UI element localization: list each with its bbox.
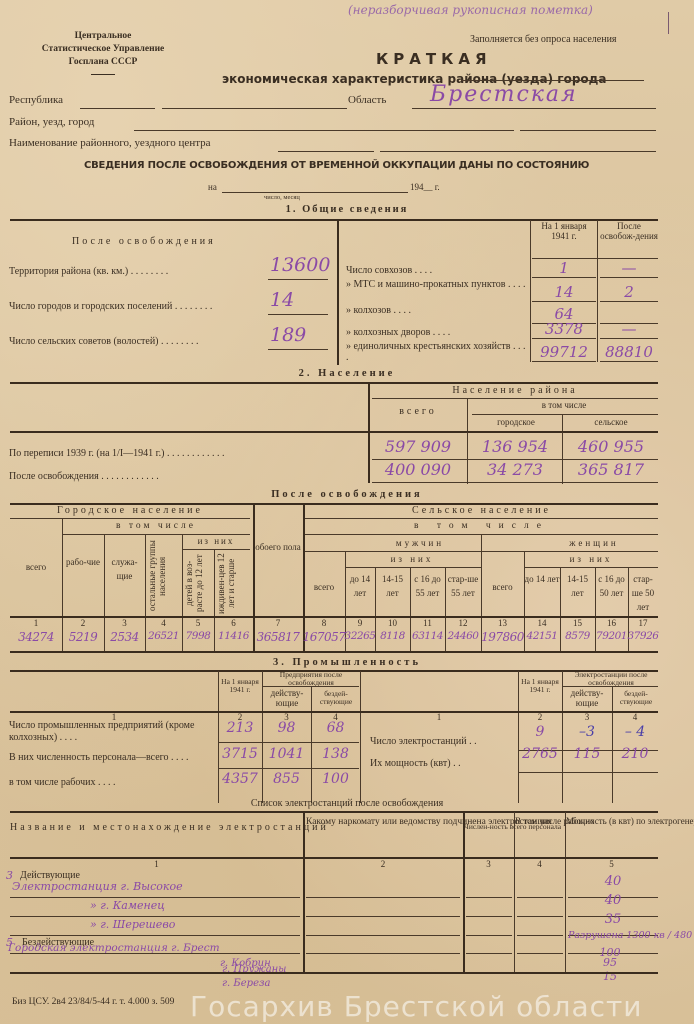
- column-header: с 16 до 55 лет: [410, 572, 445, 600]
- stations-idle: – 4: [612, 724, 658, 740]
- value-1941: 1: [532, 259, 596, 277]
- women-heading: женщин: [530, 538, 658, 548]
- s3-right-col-1941: На 1 января 1941 г.: [519, 678, 561, 694]
- s3-right-group: Электростанции после освобождения: [563, 671, 659, 687]
- divider: [91, 74, 115, 75]
- row-rule: [306, 916, 460, 917]
- column-header: 14-15 лет: [375, 572, 410, 600]
- column-number: 3: [104, 618, 145, 628]
- fill-note: Заполняется без опроса населения: [470, 34, 617, 45]
- general-row-label: Число городов и городских поселений . . …: [9, 301, 212, 312]
- after-rule: [182, 549, 250, 550]
- population-rural: 365 817: [564, 460, 658, 479]
- stations-divider: [514, 812, 515, 972]
- enterprises-1941: 213: [218, 720, 262, 736]
- population-breakdown-value: 26521: [143, 630, 184, 642]
- column-header: всего: [10, 560, 62, 574]
- column-header: всего: [481, 580, 524, 594]
- after-rule: [345, 567, 481, 568]
- population-breakdown-value: 5219: [60, 630, 106, 644]
- population-breakdown-value: 7998: [180, 630, 216, 642]
- row-rule: [306, 935, 460, 936]
- column-number: 14: [524, 618, 560, 628]
- column-number: 17: [628, 618, 658, 628]
- column-number: 1: [10, 618, 62, 628]
- date-field-line: [222, 192, 408, 193]
- column-header: до 14 лет: [345, 572, 375, 600]
- row-rule: [517, 953, 563, 954]
- power-station-row-label: Их мощность (квт) . .: [370, 758, 461, 769]
- date-year: 194__ г.: [410, 182, 440, 192]
- stations-divider: [303, 812, 305, 972]
- col-1941: На 1 января 1941 г.: [532, 221, 596, 241]
- stations-1941: 9: [518, 724, 562, 740]
- center-field-line-2: [380, 151, 656, 152]
- s3-rule: [263, 686, 359, 687]
- value-after-liberation: —: [600, 259, 658, 277]
- form-title: КРАТКАЯ: [376, 50, 492, 68]
- general-row-label: Число сельских советов (волостей) . . . …: [9, 336, 199, 347]
- section2-col-divider: [467, 399, 468, 431]
- column-number: 9: [345, 618, 375, 628]
- stations-col1: Название и местонахождение электростанци…: [10, 818, 300, 838]
- issuing-organization: Центральное Статистическое Управление Го…: [28, 30, 178, 75]
- value-1941: 3378: [532, 320, 596, 338]
- column-number: 2: [303, 859, 463, 869]
- column-number: 1: [10, 859, 303, 869]
- column-header: всего: [303, 580, 345, 594]
- rural-including: в том числе: [305, 521, 658, 531]
- s3-right-col-idle: бездей-ствующие: [613, 690, 659, 706]
- column-number: 3: [562, 712, 612, 722]
- occupation-note: СВЕДЕНИЯ ПОСЛЕ ОСВОБОЖДЕНИЯ ОТ ВРЕМЕННОЙ…: [84, 160, 589, 171]
- rayon-label: Район, уезд, город: [9, 116, 94, 128]
- row-rule: [466, 897, 512, 898]
- population-total: 400 090: [370, 460, 466, 479]
- column-number: 10: [375, 618, 410, 628]
- men-heading: мужчин: [360, 538, 480, 548]
- cell-rule: [600, 277, 658, 278]
- section2-rule: [472, 414, 658, 415]
- population-breakdown-value: 63114: [408, 630, 447, 642]
- urban-heading: Городское население: [10, 505, 250, 516]
- row-rule: [517, 935, 563, 936]
- general-row-value: 13600: [270, 254, 330, 276]
- cell-rule: [519, 772, 658, 773]
- column-number: 5: [182, 618, 214, 628]
- column-number: 3: [463, 859, 514, 869]
- cell-rule: [532, 277, 596, 278]
- station-power: 40: [568, 874, 658, 889]
- column-number: 4: [514, 859, 565, 869]
- row-rule: [466, 916, 512, 917]
- stations-top-rule: [10, 811, 658, 813]
- stations-col2: Какому наркомату или ведомству подчинена…: [306, 816, 462, 828]
- farm-row-label: » колхозов . . . .: [346, 305, 528, 316]
- column-header: обоего пола: [253, 540, 303, 554]
- population-row-label: По переписи 1939 г. (на 1/I—1941 г.) . .…: [9, 448, 224, 459]
- station-power: 95: [580, 956, 640, 969]
- section2-col-divider: [562, 415, 563, 431]
- section1-divider: [337, 220, 339, 365]
- value-1941: 99712: [532, 343, 596, 361]
- column-header: служа-щие: [104, 555, 145, 583]
- population-breakdown-value: 2534: [102, 630, 147, 644]
- pen-mark: [668, 12, 669, 34]
- stations-divider: [463, 812, 465, 972]
- org-line-2: Статистическое Управление: [28, 43, 178, 56]
- population-breakdown-value: 37926: [626, 630, 660, 642]
- row-rule: [306, 953, 460, 954]
- column-header: рабо-чие: [62, 555, 104, 569]
- population-row-label: После освобождения . . . . . . . . . . .…: [9, 471, 159, 482]
- enterprises-1941: 3715: [218, 746, 262, 762]
- general-row-label: Территория района (кв. км.) . . . . . . …: [9, 266, 168, 277]
- column-number: 11: [410, 618, 445, 628]
- value-underline: [268, 314, 328, 315]
- population-breakdown-value: 32265: [343, 630, 377, 642]
- enterprises-active: 98: [262, 720, 311, 736]
- general-row-value: 14: [270, 289, 294, 311]
- after-rule: [10, 518, 250, 519]
- industry-row-label: в том числе рабочих . . . .: [9, 777, 217, 789]
- population-breakdown-value: 34274: [8, 630, 64, 644]
- enterprises-idle: 100: [311, 771, 360, 787]
- row-rule: [466, 935, 512, 936]
- station-name: » г. Шерешево: [90, 918, 175, 931]
- stations-bottom-rule: [10, 972, 658, 974]
- oblast-field-line: [412, 108, 656, 109]
- section2-rule: [372, 398, 658, 399]
- population-breakdown-value: 197860: [479, 630, 526, 644]
- column-header: стар-ше 50 лет: [628, 572, 658, 614]
- column-number: 12: [445, 618, 481, 628]
- population-urban: 136 954: [468, 437, 562, 456]
- stations-title: Список электростанций после освобождения: [0, 798, 694, 809]
- stations-1941: 2765: [518, 746, 562, 762]
- stations-col5: Мощность (в квт) по электрогенераторам: [566, 816, 658, 827]
- men-of-them: из них: [345, 554, 479, 564]
- farm-row-label: » МТС и машино-прокатных пунктов . . . .: [346, 279, 528, 290]
- row-rule: [517, 897, 563, 898]
- station-power: 40: [568, 893, 658, 908]
- row-rule: [306, 897, 460, 898]
- enterprises-idle: 68: [311, 720, 360, 736]
- republic-field-line-2: [162, 108, 347, 109]
- cell-rule: [532, 301, 596, 302]
- date-prefix: на: [208, 182, 217, 192]
- industry-row-label: Число промышленных предприятий (кроме ко…: [9, 720, 217, 744]
- industry-row-label: В них численность персонала—всего . . . …: [9, 752, 217, 764]
- stations-col3: Числен-ность всего персонала: [464, 822, 514, 832]
- section1-col-divider: [530, 220, 531, 362]
- after-bottom-rule: [10, 651, 658, 653]
- population-rural: 460 955: [564, 437, 658, 456]
- farm-row-label: Число совхозов . . . .: [346, 265, 528, 276]
- population-urban: 34 273: [468, 460, 562, 479]
- enterprises-1941: 4357: [218, 771, 262, 787]
- republic-label: Республика: [9, 94, 63, 106]
- after-rule: [62, 534, 250, 535]
- station-name: Электростанция г. Высокое: [12, 880, 183, 893]
- row-rule: [466, 953, 512, 954]
- general-row-value: 189: [270, 324, 306, 346]
- farm-row-label: » единоличных крестьянских хозяйств . . …: [346, 341, 528, 363]
- org-line-3: Госплана СССР: [28, 56, 178, 69]
- s3-left-group: Предприятия после освобождения: [263, 671, 359, 687]
- station-power: 35: [568, 912, 658, 927]
- enterprises-active: 855: [262, 771, 311, 787]
- s3-left-col-active: действу-ющие: [263, 688, 311, 708]
- column-number: 4: [612, 712, 658, 722]
- col-after-liberation: После освобож-дения: [600, 221, 658, 241]
- urban-of-them: из них: [182, 536, 250, 546]
- value-underline: [268, 279, 328, 280]
- urban-including: в том числе: [62, 521, 250, 531]
- row-rule: [10, 916, 300, 917]
- farm-row-label: » колхозных дворов . . . .: [346, 327, 528, 338]
- value-after-liberation: 2: [600, 283, 658, 301]
- section2-top-rule: [10, 382, 658, 384]
- stations-idle: 210: [612, 746, 658, 762]
- enterprises-active: 1041: [262, 746, 311, 762]
- column-header: остальные группы населения: [147, 537, 180, 615]
- strikethrough: [462, 80, 644, 81]
- column-header: 14-15 лет: [560, 572, 595, 600]
- population-total: 597 909: [370, 437, 466, 456]
- column-number: 5: [565, 859, 658, 869]
- column-number: 7: [253, 618, 303, 628]
- cell-rule: [600, 361, 658, 362]
- population-breakdown-value: 42151: [522, 630, 562, 642]
- column-number: 1: [360, 712, 518, 722]
- row-rule: [10, 935, 300, 936]
- station-name: Городская электростанция г. Брест: [8, 942, 220, 954]
- rayon-field-line-2: [520, 130, 656, 131]
- section2-header-bottom: [10, 431, 658, 433]
- population-breakdown-value: 8118: [373, 630, 412, 642]
- column-header: детей в воз-расте до 12 лет: [184, 552, 212, 615]
- column-header: до 14 лет: [524, 572, 560, 586]
- center-label: Наименование районного, уездного центра: [9, 137, 211, 149]
- rural-heading: Сельское население: [305, 505, 658, 516]
- station-name: » г. Каменец: [90, 899, 165, 912]
- population-breakdown-value: 11416: [212, 630, 255, 642]
- section2-group-heading: Население района: [372, 385, 658, 396]
- enterprises-idle: 138: [311, 746, 360, 762]
- s3-left-col-idle: бездей-ствующие: [312, 690, 360, 706]
- section2-title: 2. Население: [0, 368, 694, 379]
- power-station-row-label: Число электростанций . .: [370, 736, 477, 747]
- column-number: 16: [595, 618, 628, 628]
- value-after-liberation: 88810: [600, 343, 658, 361]
- station-power: Разрушена 1300 кв / 480: [568, 930, 692, 941]
- section3-title: 3. Промышленность: [0, 657, 694, 668]
- column-header: стар-ше 55 лет: [445, 572, 481, 600]
- col-urban: городское: [470, 417, 562, 427]
- section-after-title: После освобождения: [0, 489, 694, 500]
- after-rule: [524, 567, 658, 568]
- cell-rule: [219, 768, 359, 769]
- s3-right-col-active: действу-ющие: [563, 688, 611, 708]
- s3-left-col-1941: На 1 января 1941 г.: [219, 678, 261, 694]
- column-number: 15: [560, 618, 595, 628]
- section2-col-divider: [562, 432, 563, 484]
- s3-rule: [563, 686, 658, 687]
- column-number: 13: [481, 618, 524, 628]
- stations-divider: [565, 812, 566, 972]
- s3-divider: [360, 671, 361, 803]
- population-breakdown-value: 8579: [558, 630, 597, 642]
- population-breakdown-value: 79201: [593, 630, 630, 642]
- col-total: всего: [370, 406, 466, 417]
- population-breakdown-value: 24460: [443, 630, 483, 642]
- population-row-rule: [372, 482, 658, 483]
- org-line-1: Центральное: [28, 30, 178, 43]
- cell-rule: [532, 361, 596, 362]
- col-rural: сельское: [564, 417, 658, 427]
- section1-title: 1. Общие сведения: [0, 204, 694, 215]
- value-after-liberation: —: [600, 320, 658, 338]
- column-number: 6: [214, 618, 253, 628]
- stations-active: –3: [562, 724, 612, 740]
- row-rule: [517, 916, 563, 917]
- population-breakdown-value: 365817: [251, 630, 305, 644]
- stations-col4: В том числе рабочих: [515, 816, 565, 827]
- column-number: 2: [518, 712, 562, 722]
- column-number: 4: [145, 618, 182, 628]
- col-including: в том числе: [470, 400, 658, 410]
- population-breakdown-value: 167057: [301, 630, 347, 644]
- column-number: 2: [62, 618, 104, 628]
- oblast-value: Брестская: [430, 82, 578, 107]
- row-rule: [10, 897, 300, 898]
- column-header: иждивен-цев 12 лет и старше: [216, 552, 251, 615]
- republic-field-line-1: [80, 108, 155, 109]
- archive-watermark: Госархив Брестской области: [190, 990, 643, 1023]
- document-page: (неразборчивая рукописная пометка) Центр…: [0, 0, 694, 1024]
- center-field-line-1: [278, 151, 374, 152]
- after-rule: [305, 518, 658, 519]
- cell-rule: [600, 301, 658, 302]
- section1-col-divider: [597, 220, 598, 362]
- cell-rule: [219, 742, 359, 743]
- print-imprint: Биз ЦСУ. 2в4 23/84/5-44 г. т. 4.000 з. 5…: [12, 997, 174, 1007]
- oblast-label: Область: [348, 94, 386, 106]
- column-header: с 16 до 50 лет: [595, 572, 628, 600]
- cell-rule: [532, 338, 596, 339]
- value-underline: [268, 349, 328, 350]
- date-caption: число, месяц: [264, 194, 300, 201]
- value-1941: 14: [532, 283, 596, 301]
- cell-rule: [600, 338, 658, 339]
- section1-left-heading: После освобождения: [72, 236, 216, 247]
- stations-active: 115: [562, 746, 612, 762]
- station-name: г. Береза: [222, 978, 270, 989]
- column-number: 8: [303, 618, 345, 628]
- rayon-field-line-1: [134, 130, 514, 131]
- women-of-them: из них: [524, 554, 658, 564]
- handwritten-top-note: (неразборчивая рукописная пометка): [348, 3, 593, 17]
